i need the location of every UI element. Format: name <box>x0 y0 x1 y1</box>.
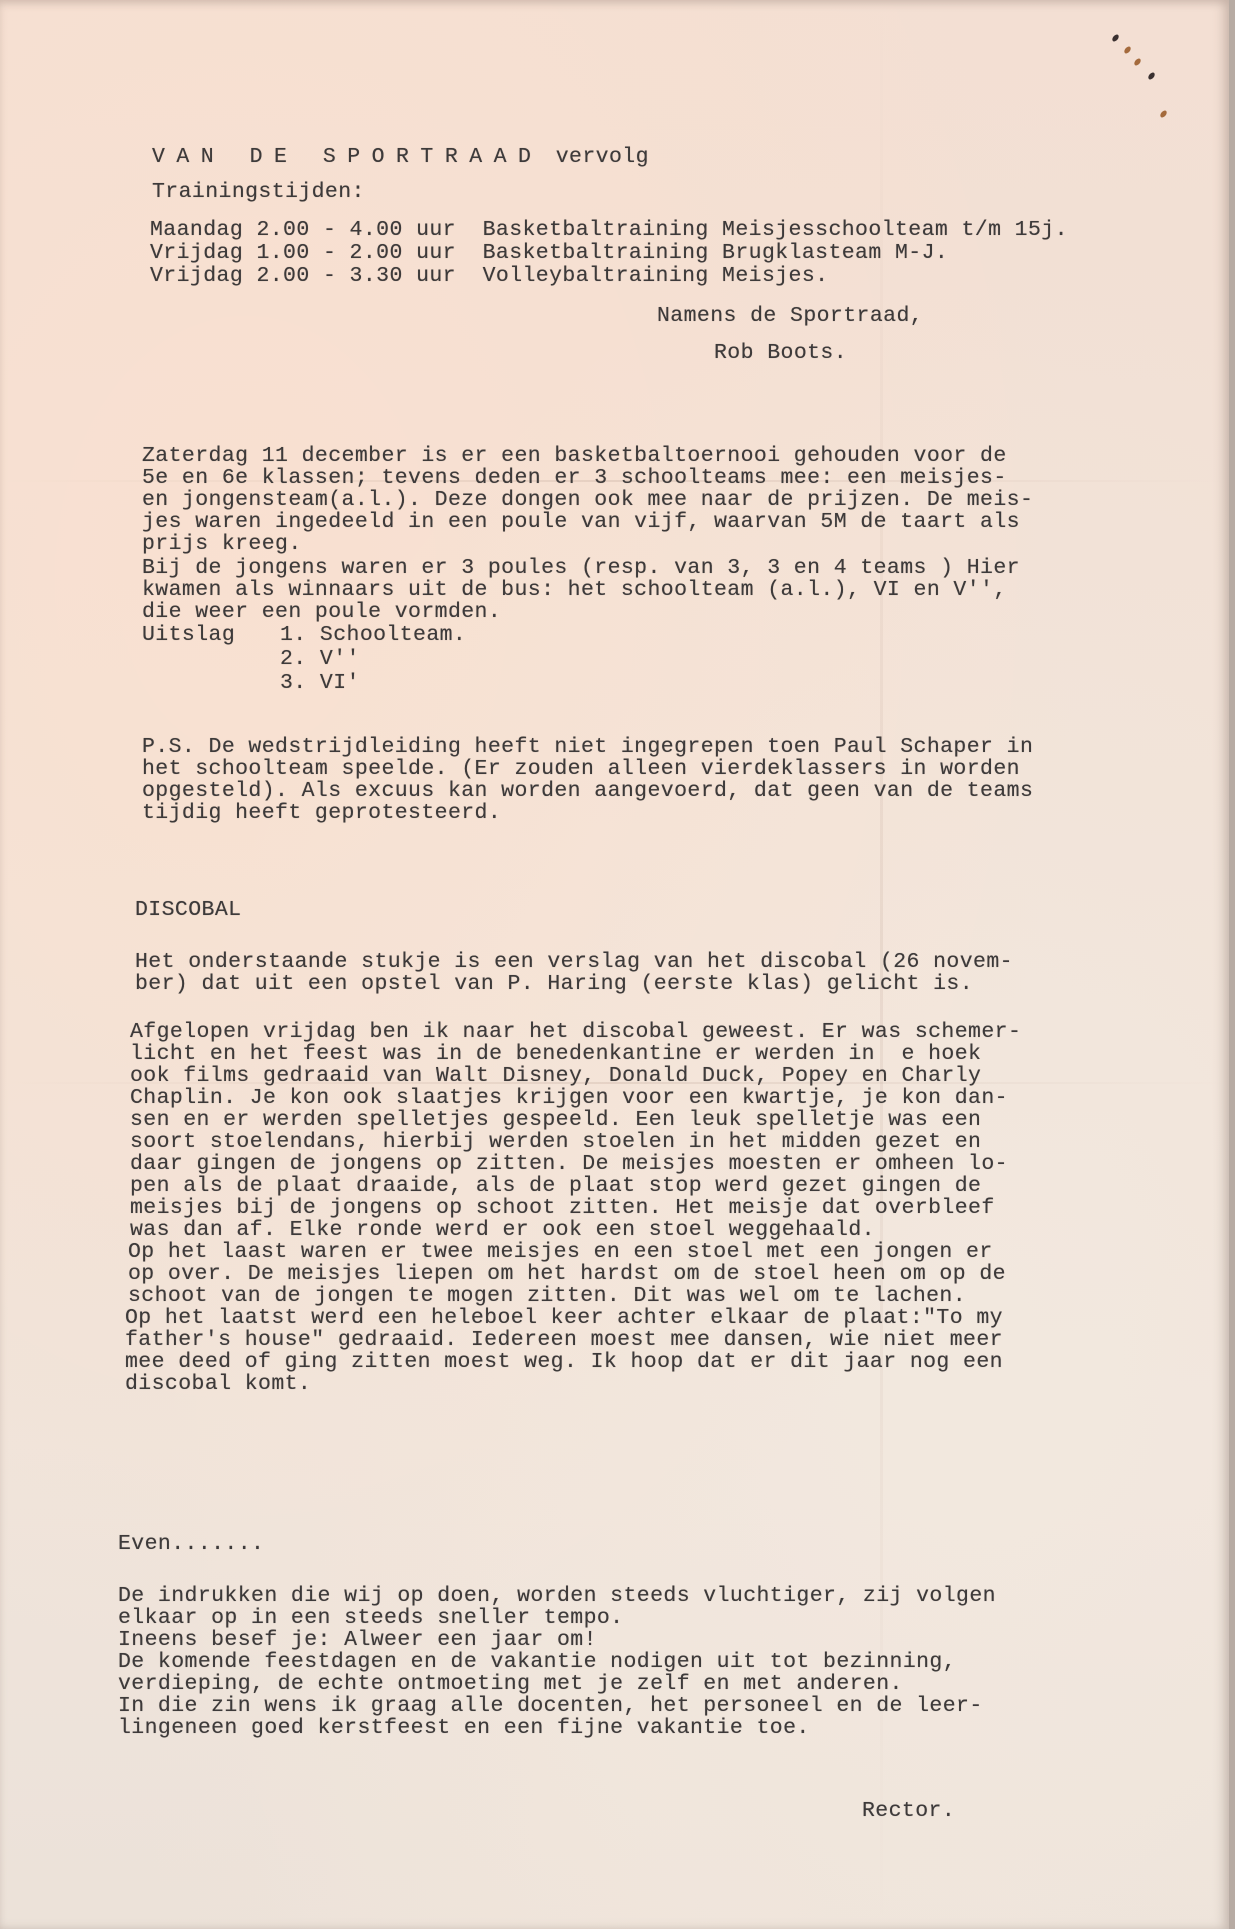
sportraad-signoff: Namens de Sportraad, <box>657 305 923 327</box>
discobal-body-line: soort stoelendans, hierbij werden stoele… <box>130 1131 981 1153</box>
schedule-time: 2.00 - 3.30 uur <box>256 264 456 288</box>
sportraad-heading-suffix: vervolg <box>556 145 649 169</box>
discobal-intro-line: Het onderstaande stukje is een verslag v… <box>135 951 1013 973</box>
schedule-subheading: Trainingstijden: <box>152 181 365 203</box>
schedule-row: Vrijdag 1.00 - 2.00 uur Basketbaltrainin… <box>150 242 948 264</box>
postscript-line: opgesteld). Als excuus kan worden aangev… <box>142 780 1033 802</box>
even-line: De indrukken die wij op doen, worden ste… <box>118 1585 996 1607</box>
schedule-activity: Basketbaltraining Brugklasteam M-J. <box>483 241 949 265</box>
schedule-time: 2.00 - 4.00 uur <box>256 218 456 242</box>
schedule-day: Vrijdag <box>150 241 243 265</box>
tournament-line: die weer een poule vormden. <box>142 601 501 623</box>
discobal-body-line: op over. De meisjes liepen om het hardst… <box>128 1263 1006 1285</box>
discobal-body-line: licht en het feest was in de benedenkant… <box>130 1043 981 1065</box>
tournament-line: jes waren ingedeeld in een poule van vij… <box>142 511 1020 533</box>
discobal-body-line: was dan af. Elke ronde werd er ook een s… <box>130 1219 875 1241</box>
schedule-row: Maandag 2.00 - 4.00 uur Basketbaltrainin… <box>150 219 1068 241</box>
tournament-line: 5e en 6e klassen; tevens deden er 3 scho… <box>142 467 1007 489</box>
discobal-body-line: pen als de plaat draaide, als de plaat s… <box>130 1175 981 1197</box>
tournament-line: Bij de jongens waren er 3 poules (resp. … <box>142 557 1020 579</box>
even-line: verdieping, de echte ontmoeting met je z… <box>118 1673 903 1695</box>
typed-newsletter-page: VAN DE SPORTRAAD vervolg Trainingstijden… <box>0 0 1229 1929</box>
schedule-time: 1.00 - 2.00 uur <box>256 241 456 265</box>
schedule-day: Vrijdag <box>150 264 243 288</box>
schedule-row: Vrijdag 2.00 - 3.30 uur Volleybaltrainin… <box>150 265 828 287</box>
sportraad-heading-caps: VAN DE SPORTRAAD <box>152 145 542 169</box>
result-label: Uitslag <box>142 624 235 646</box>
discobal-body-line: Op het laast waren er twee meisjes en ee… <box>128 1241 993 1263</box>
even-line: In die zin wens ik graag alle docenten, … <box>118 1695 983 1717</box>
discobal-body-line: ook films gedraaid van Walt Disney, Dona… <box>130 1065 981 1087</box>
discobal-body-line: daar gingen de jongens op zitten. De mei… <box>130 1153 1008 1175</box>
schedule-activity: Volleybaltraining Meisjes. <box>483 264 829 288</box>
discobal-body-line: father's house" gedraaid. Iedereen moest… <box>125 1329 1003 1351</box>
postscript-line: tijdig heeft geprotesteerd. <box>142 802 501 824</box>
tournament-line: en jongensteam(a.l.). Deze dongen ook me… <box>142 489 1033 511</box>
sportraad-signer: Rob Boots. <box>714 342 847 364</box>
discobal-body-line: discobal komt. <box>125 1373 311 1395</box>
rector-signature: Rector. <box>862 1800 955 1822</box>
discobal-body-line: Afgelopen vrijdag ben ik naar het discob… <box>130 1021 1021 1043</box>
discobal-body-line: meisjes bij de jongens op schoot zitten.… <box>130 1197 995 1219</box>
sportraad-heading: VAN DE SPORTRAAD vervolg <box>152 146 649 168</box>
tournament-line: kwamen als winnaars uit de bus: het scho… <box>142 579 1007 601</box>
even-line: Ineens besef je: Alweer een jaar om! <box>118 1629 597 1651</box>
discobal-body-line: mee deed of ging zitten moest weg. Ik ho… <box>125 1351 1003 1373</box>
postscript-line: P.S. De wedstrijdleiding heeft niet inge… <box>142 736 1033 758</box>
discobal-title: DISCOBAL <box>135 899 241 921</box>
result-item: 1. Schoolteam. <box>280 624 466 646</box>
discobal-body-line: schoot van de jongen te mogen zitten. Di… <box>128 1285 966 1307</box>
schedule-activity: Basketbaltraining Meisjesschoolteam t/m … <box>483 218 1068 242</box>
even-title: Even....... <box>118 1533 264 1555</box>
tournament-line: prijs kreeg. <box>142 533 302 555</box>
even-line: elkaar op in een steeds sneller tempo. <box>118 1607 623 1629</box>
discobal-body-line: sen en er werden spelletjes gespeeld. Ee… <box>130 1109 981 1131</box>
result-item: 2. V'' <box>280 648 360 670</box>
schedule-day: Maandag <box>150 218 243 242</box>
discobal-body-line: Chaplin. Je kon ook slaatjes krijgen voo… <box>130 1087 1008 1109</box>
staple-marks <box>1105 30 1165 130</box>
discobal-body-line: Op het laatst werd een heleboel keer ach… <box>125 1307 1003 1329</box>
even-line: lingeneen goed kerstfeest en een fijne v… <box>118 1717 810 1739</box>
tournament-line: Zaterdag 11 december is er een basketbal… <box>142 445 1007 467</box>
discobal-intro-line: ber) dat uit een opstel van P. Haring (e… <box>135 973 973 995</box>
result-item: 3. VI' <box>280 672 360 694</box>
even-line: De komende feestdagen en de vakantie nod… <box>118 1651 956 1673</box>
postscript-line: het schoolteam speelde. (Er zouden allee… <box>142 758 1020 780</box>
